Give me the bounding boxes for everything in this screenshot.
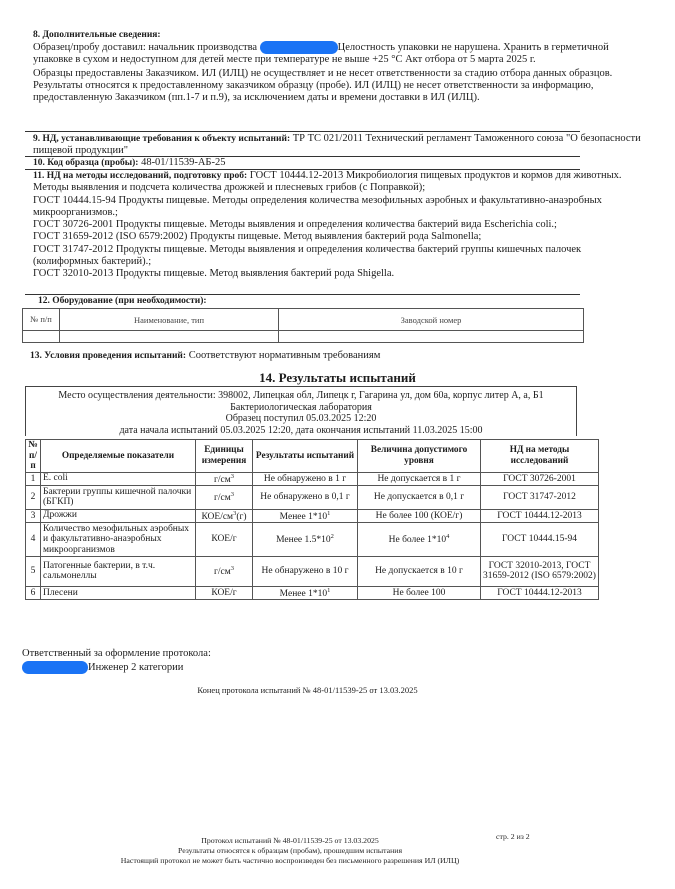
location: Место осуществления деятельности: 398002…: [26, 390, 576, 402]
result: Не обнаружено в 10 г: [253, 556, 358, 586]
col-number: № п/п: [23, 309, 60, 331]
result: Менее 1.5*102: [253, 522, 358, 556]
delivered-by-label: Образец/пробу доставил: начальник произв…: [33, 42, 257, 53]
equipment-table: № п/п Наименование, тип Заводской номер: [22, 308, 584, 343]
redacted-name: [260, 41, 338, 54]
divider: [25, 131, 580, 132]
result: Менее 1*101: [253, 586, 358, 599]
footer-protocol: Протокол испытаний № 48-01/11539-25 от 1…: [0, 836, 580, 846]
section-sample-code: 10. Код образца (пробы): 48-01/11539-АБ-…: [33, 157, 643, 169]
limit: Не более 100: [358, 586, 481, 599]
results-location-box: Место осуществления деятельности: 398002…: [25, 386, 577, 436]
col-method: НД на методы исследований: [481, 440, 599, 473]
unit: КОЕ/г: [196, 586, 253, 599]
method-item: ГОСТ 31747-2012 Продукты пищевые. Методы…: [33, 244, 645, 269]
disclaimer: Образцы предоставлены Заказчиком. ИЛ (ИЛ…: [33, 68, 645, 105]
table-row: 2Бактерии группы кишечной палочки (БГКП)…: [26, 485, 599, 509]
limit: Не допускается в 1 г: [358, 472, 481, 485]
method-item: ГОСТ 31659-2012 (ISO 6579:2002) Продукты…: [33, 231, 645, 243]
section-11-heading: 11. НД на методы исследований, подготовк…: [33, 171, 247, 181]
test-dates: дата начала испытаний 05.03.2025 12:20, …: [26, 425, 576, 437]
section-requirements: 9. НД, устанавливающие требования к объе…: [33, 133, 643, 157]
method: ГОСТ 10444.12-2013: [481, 586, 599, 599]
end-of-protocol: Конец протокола испытаний № 48-01/11539-…: [0, 685, 615, 695]
results-body: 1E. coliг/см3Не обнаружено в 1 гНе допус…: [26, 472, 599, 599]
table-row: 1E. coliг/см3Не обнаружено в 1 гНе допус…: [26, 472, 599, 485]
responsible-block: Ответственный за оформление протокола: И…: [22, 648, 211, 674]
section-9-heading: 9. НД, устанавливающие требования к объе…: [33, 134, 290, 144]
redacted-name: [22, 661, 88, 674]
row-number: 2: [26, 485, 41, 509]
col-indicator: Определяемые показатели: [41, 440, 196, 473]
unit: КОЕ/см3(г): [196, 509, 253, 522]
section-methods: 11. НД на методы исследований, подготовк…: [33, 170, 645, 281]
unit: г/см3: [196, 472, 253, 485]
table-row: 4Количество мезофильных аэробных и факул…: [26, 522, 599, 556]
col-limit: Величина допустимого уровня: [358, 440, 481, 473]
col-unit: Единицы измерения: [196, 440, 253, 473]
method-item: ГОСТ 30726-2001 Продукты пищевые. Методы…: [33, 219, 645, 231]
footer-copy-note: Настоящий протокол не может быть частичн…: [0, 856, 580, 866]
limit: Не более 100 (КОЕ/г): [358, 509, 481, 522]
col-serial: Заводской номер: [279, 309, 584, 331]
table-row: 3ДрожжиКОЕ/см3(г)Менее 1*101Не более 100…: [26, 509, 599, 522]
results-title: 14. Результаты испытаний: [0, 370, 675, 386]
row-number: 4: [26, 522, 41, 556]
method: ГОСТ 10444.12-2013: [481, 509, 599, 522]
row-number: 1: [26, 472, 41, 485]
unit: г/см3: [196, 485, 253, 509]
section-12-heading: 12. Оборудование (при необходимости):: [38, 296, 207, 306]
col-number: № п/п: [26, 440, 41, 473]
delivery-info: Образец/пробу доставил: начальник произв…: [33, 41, 645, 67]
responsible-position: Инженер 2 категории: [88, 661, 183, 672]
equipment-empty-row: [23, 331, 584, 343]
section-13-heading: 13. Условия проведения испытаний:: [30, 351, 186, 361]
received-date: Образец поступил 05.03.2025 12:20: [26, 413, 576, 425]
row-number: 5: [26, 556, 41, 586]
unit: КОЕ/г: [196, 522, 253, 556]
indicator-name: E. coli: [41, 472, 196, 485]
section-10-heading: 10. Код образца (пробы):: [33, 158, 138, 168]
indicator-name: Дрожжи: [41, 509, 196, 522]
method: ГОСТ 10444.15-94: [481, 522, 599, 556]
result: Не обнаружено в 1 г: [253, 472, 358, 485]
row-number: 3: [26, 509, 41, 522]
method: ГОСТ 31747-2012: [481, 485, 599, 509]
result: Не обнаружено в 0,1 г: [253, 485, 358, 509]
section-additional-info: 8. Дополнительные сведения: Образец/проб…: [33, 30, 645, 104]
indicator-name: Патогенные бактерии, в т.ч. сальмонеллы: [41, 556, 196, 586]
divider: [25, 294, 580, 295]
section-conditions: 13. Условия проведения испытаний: Соотве…: [30, 350, 380, 361]
conditions-value: Соответствуют нормативным требованиям: [189, 350, 381, 361]
limit: Не допускается в 0,1 г: [358, 485, 481, 509]
col-name: Наименование, тип: [60, 309, 279, 331]
table-row: 6ПлесениКОЕ/гМенее 1*101Не более 100ГОСТ…: [26, 586, 599, 599]
table-row: 5Патогенные бактерии, в т.ч. сальмонеллы…: [26, 556, 599, 586]
col-result: Результаты испытаний: [253, 440, 358, 473]
method-item: ГОСТ 32010-2013 Продукты пищевые. Метод …: [33, 268, 645, 280]
responsible-person: Инженер 2 категории: [22, 661, 211, 674]
section-8-heading: 8. Дополнительные сведения:: [33, 30, 645, 40]
results-table: № п/п Определяемые показатели Единицы из…: [25, 439, 599, 600]
limit: Не допускается в 10 г: [358, 556, 481, 586]
responsible-label: Ответственный за оформление протокола:: [22, 648, 211, 661]
page-footer: Протокол испытаний № 48-01/11539-25 от 1…: [0, 836, 580, 866]
indicator-name: Бактерии группы кишечной палочки (БГКП): [41, 485, 196, 509]
results-header-row: № п/п Определяемые показатели Единицы из…: [26, 440, 599, 473]
unit: г/см3: [196, 556, 253, 586]
sample-code: 48-01/11539-АБ-25: [141, 157, 225, 168]
method: ГОСТ 32010-2013, ГОСТ 31659-2012 (ISO 65…: [481, 556, 599, 586]
method-item: ГОСТ 10444.15-94 Продукты пищевые. Метод…: [33, 195, 645, 220]
indicator-name: Количество мезофильных аэробных и факуль…: [41, 522, 196, 556]
indicator-name: Плесени: [41, 586, 196, 599]
equipment-header-row: № п/п Наименование, тип Заводской номер: [23, 309, 584, 331]
method: ГОСТ 30726-2001: [481, 472, 599, 485]
lab-name: Бактериологическая лаборатория: [26, 402, 576, 414]
footer-results-note: Результаты относятся к образцам (пробам)…: [0, 846, 580, 856]
page-number: стр. 2 из 2: [496, 832, 530, 841]
limit: Не более 1*104: [358, 522, 481, 556]
row-number: 6: [26, 586, 41, 599]
result: Менее 1*101: [253, 509, 358, 522]
